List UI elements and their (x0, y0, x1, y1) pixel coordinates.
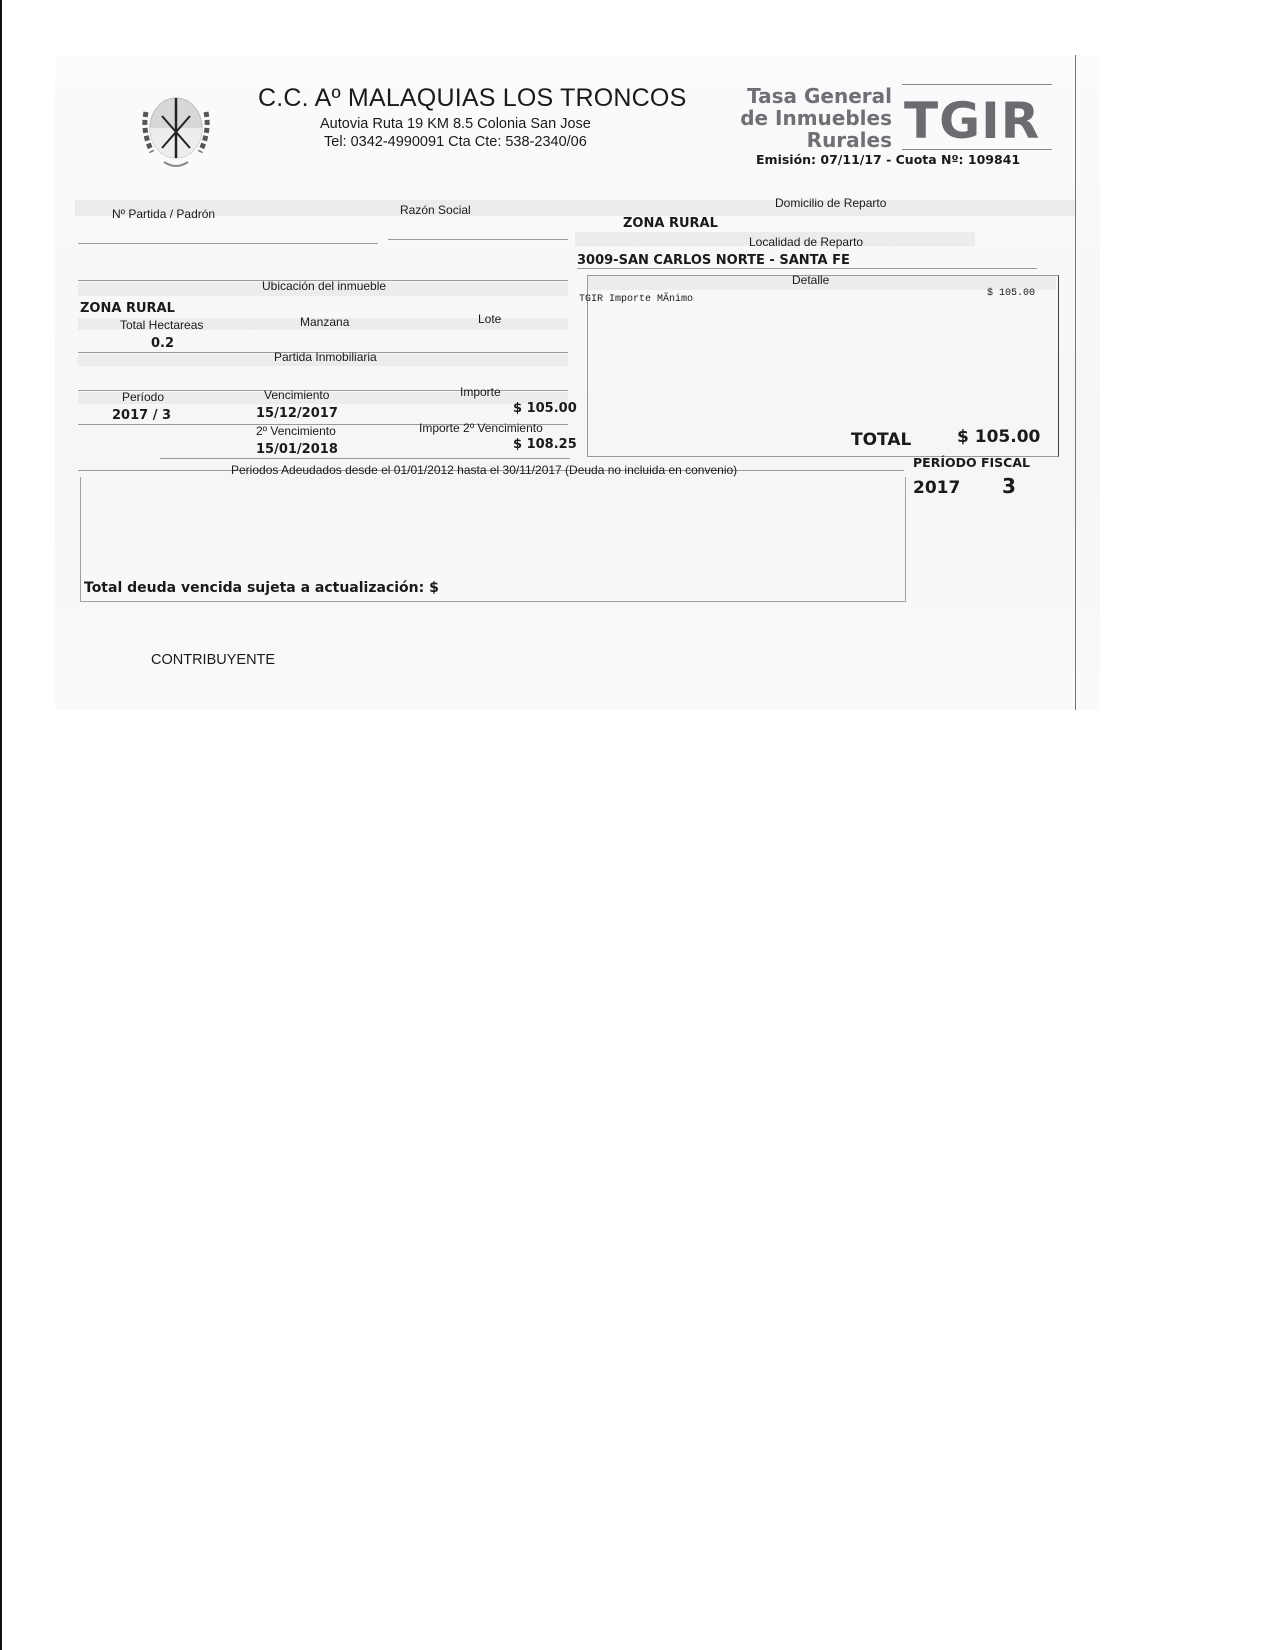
tgir-bottom-rule (902, 149, 1052, 150)
fiscal-period-label: PERÍODO FISCAL (913, 455, 1030, 470)
hectareas-label: Total Hectareas (120, 318, 203, 332)
divider (78, 243, 378, 244)
debt-total-label: Total deuda vencida sujeta a actualizaci… (84, 580, 439, 596)
divider (577, 268, 1037, 269)
manzana-label: Manzana (300, 315, 349, 329)
lote-label: Lote (478, 312, 501, 326)
partida-inmobiliaria-label: Partida Inmobiliaria (274, 350, 377, 364)
domicilio-label: Domicilio de Reparto (775, 196, 886, 210)
tax-name-line2: de Inmuebles (714, 106, 892, 130)
ubicacion-value: ZONA RURAL (80, 301, 175, 316)
localidad-label: Localidad de Reparto (749, 235, 863, 249)
divider (388, 239, 568, 240)
vencimiento-label: Vencimiento (264, 388, 329, 402)
importe2-value: $ 108.25 (513, 437, 577, 452)
razon-social-label: Razón Social (400, 203, 471, 217)
tgir-top-rule (902, 84, 1052, 85)
hectareas-value: 0.2 (151, 336, 174, 351)
localidad-value: 3009-SAN CARLOS NORTE - SANTA FE (577, 253, 850, 268)
detail-title: Detalle (792, 273, 829, 287)
copy-label: CONTRIBUYENTE (151, 652, 275, 668)
provincial-coat-of-arms-icon (140, 92, 212, 172)
fiscal-year: 2017 (913, 478, 960, 498)
tax-name-line1: Tasa General (734, 84, 892, 108)
page-left-edge (0, 0, 2, 1650)
importe2-label: Importe 2º Vencimiento (419, 421, 543, 435)
org-contact: Tel: 0342-4990091 Cta Cte: 538-2340/06 (324, 134, 587, 150)
tax-acronym: TGIR (904, 92, 1040, 150)
vencimiento2-value: 15/01/2018 (256, 442, 338, 457)
detail-item-concept: TGIR Importe MÃnimo (579, 294, 693, 305)
periodo-value: 2017 / 3 (112, 408, 171, 423)
total-label: TOTAL (851, 430, 911, 450)
total-value: $ 105.00 (957, 427, 1040, 447)
vencimiento2-label: 2º Vencimiento (256, 424, 336, 438)
org-address: Autovia Ruta 19 KM 8.5 Colonia San Jose (320, 116, 591, 132)
sheet-right-edge (1075, 55, 1076, 710)
periodo-label: Período (122, 390, 164, 404)
emission-info: Emisión: 07/11/17 - Cuota Nº: 109841 (756, 152, 1020, 167)
ubicacion-label: Ubicación del inmueble (262, 279, 386, 293)
domicilio-value: ZONA RURAL (623, 216, 718, 231)
vencimiento-value: 15/12/2017 (256, 406, 338, 421)
debt-periods-title: Periodos Adeudados desde el 01/01/2012 h… (231, 463, 737, 477)
fiscal-period-number: 3 (1002, 474, 1016, 498)
detail-item-amount: $ 105.00 (987, 288, 1035, 299)
divider (160, 458, 570, 459)
importe-value: $ 105.00 (513, 401, 577, 416)
partida-label: Nº Partida / Padrón (112, 207, 215, 221)
tax-name-line3: Rurales (734, 128, 892, 152)
importe-label: Importe (460, 385, 501, 399)
owner-header-band (75, 200, 1075, 216)
org-name: C.C. Aº MALAQUIAS LOS TRONCOS (258, 84, 686, 113)
